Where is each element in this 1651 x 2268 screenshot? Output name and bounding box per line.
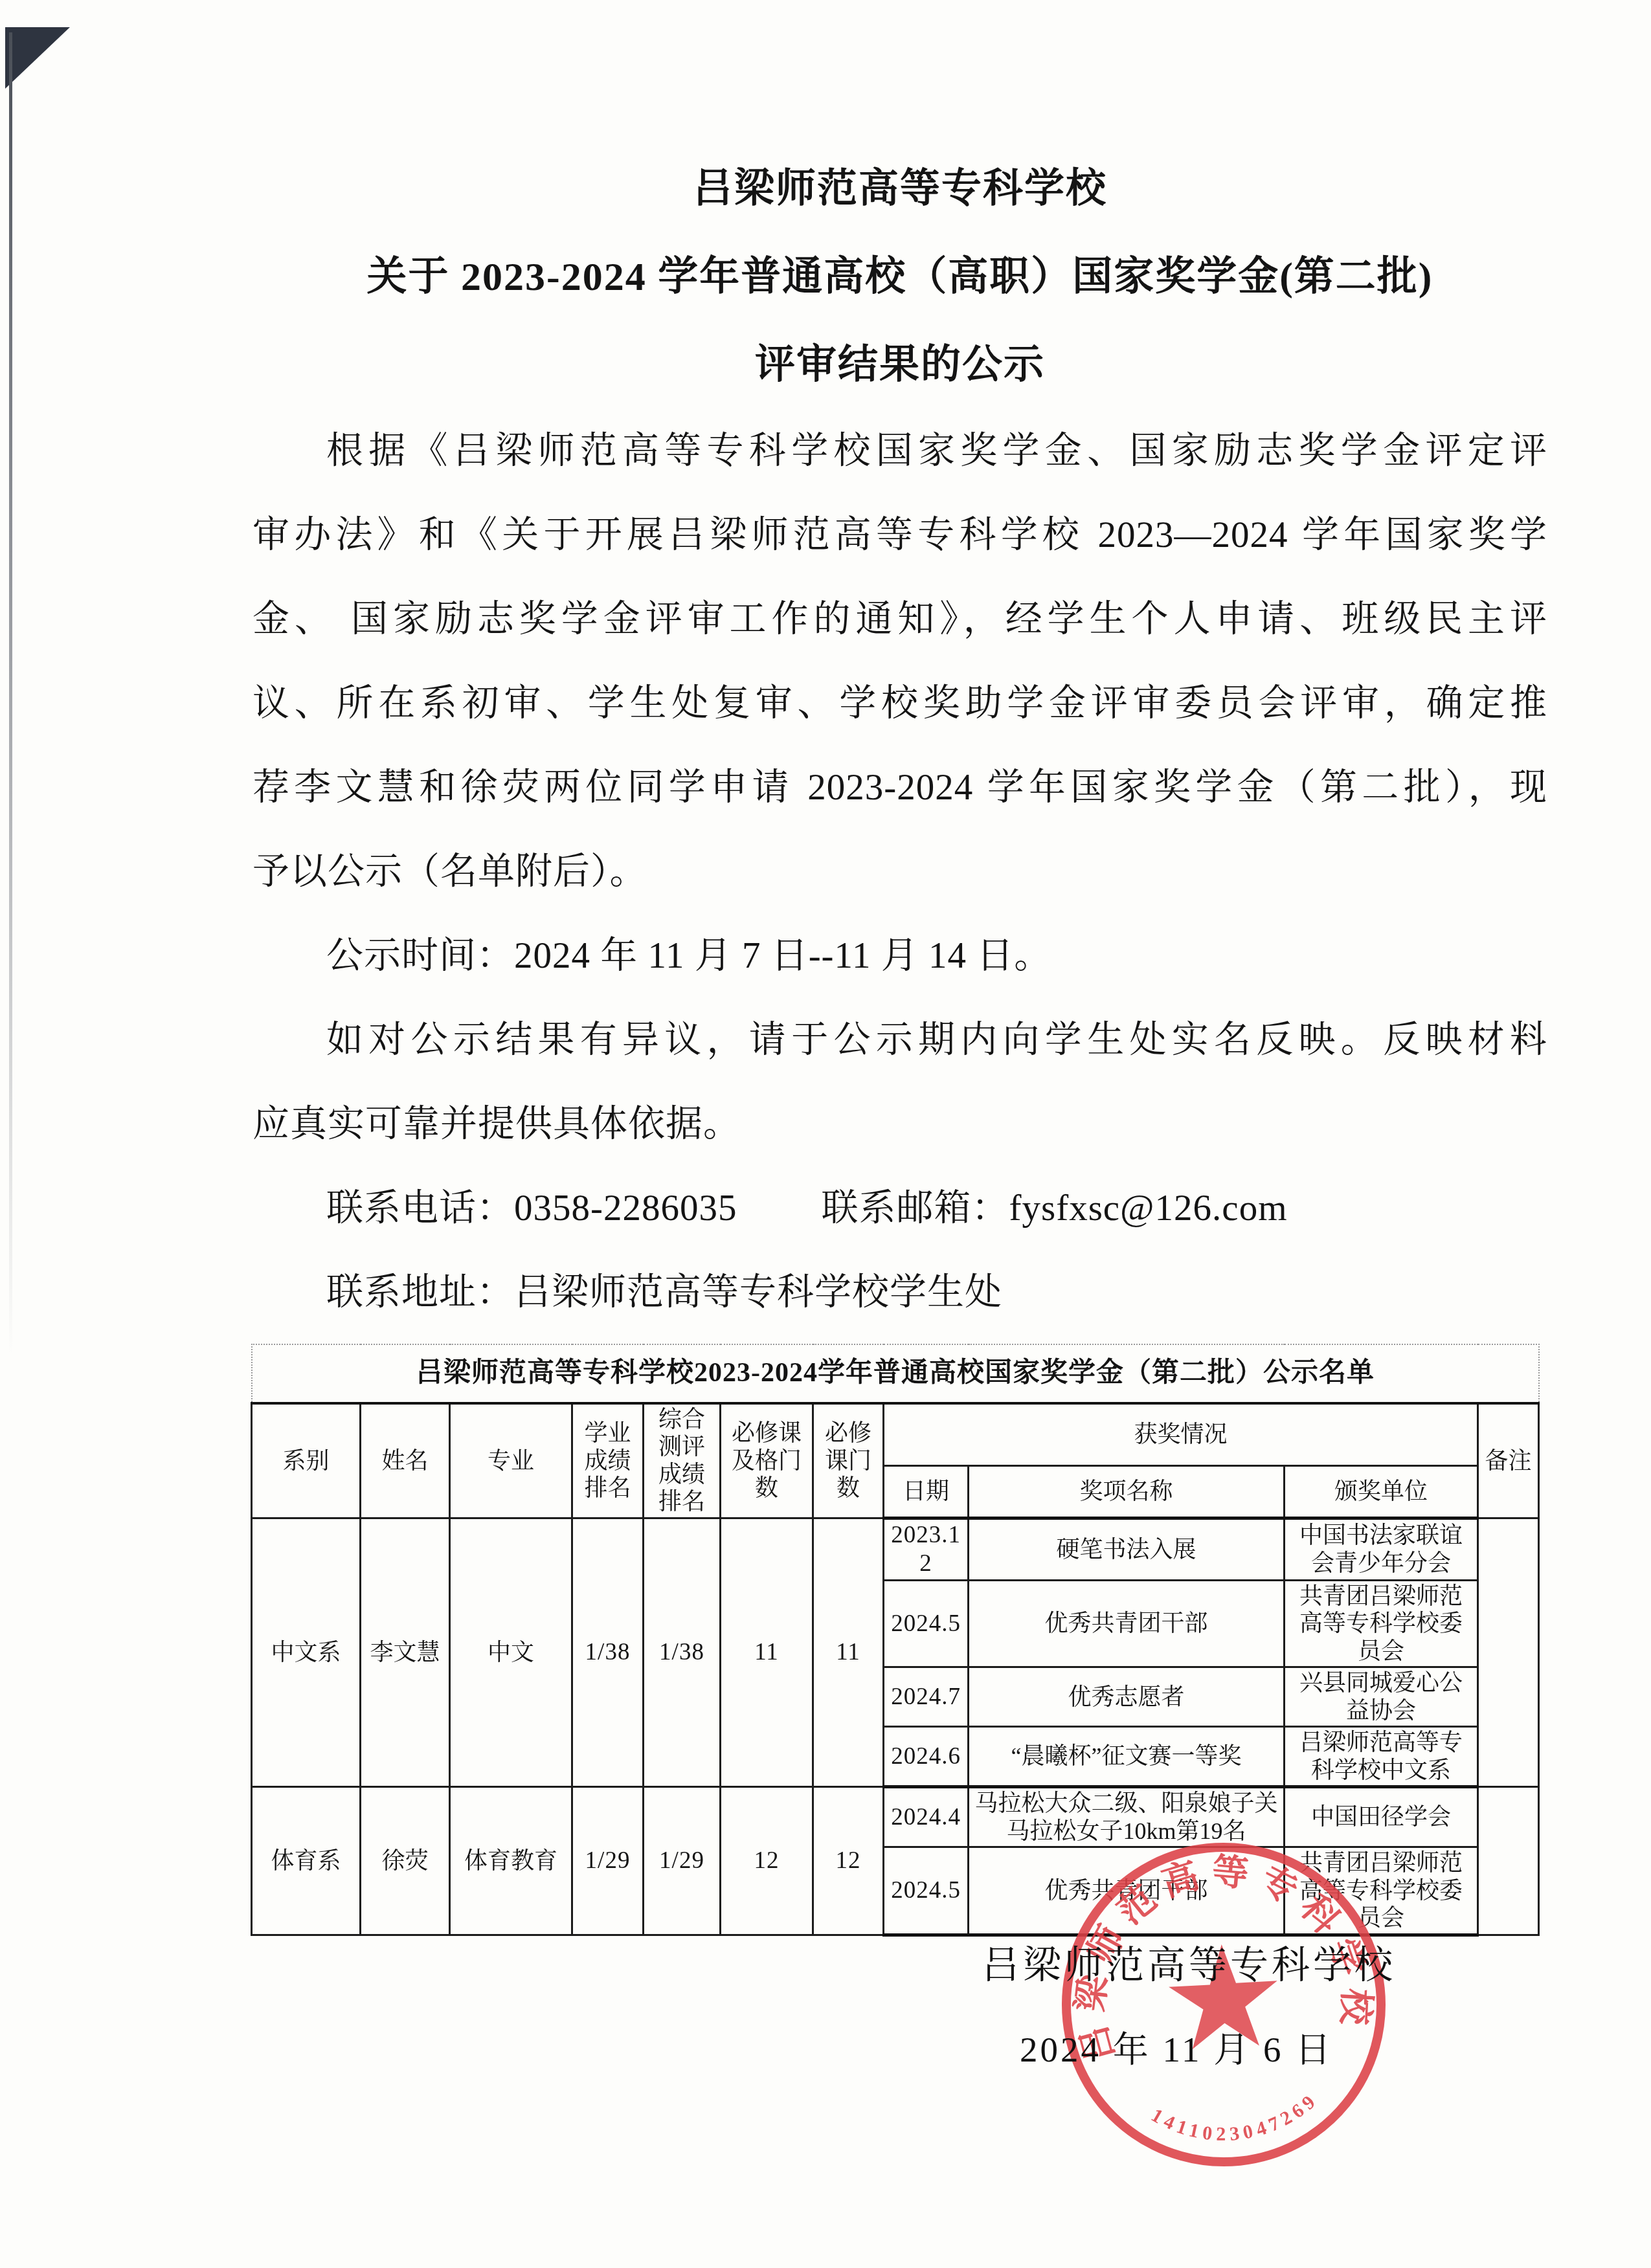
cell-award-date: 2024.7	[884, 1667, 969, 1727]
contact-gap	[737, 1166, 821, 1251]
cell-department: 中文系	[252, 1518, 361, 1786]
cell-department: 体育系	[252, 1787, 361, 1935]
cell-name: 李文慧	[361, 1518, 450, 1786]
cell-major: 中文	[450, 1518, 572, 1786]
cell-note	[1478, 1518, 1539, 1786]
document-body: 吕梁师范高等专科学校 关于 2023-2024 学年普通高校（高职）国家奖学金(…	[253, 145, 1547, 1335]
doc-title-line-2: 关于 2023-2024 学年普通高校（高职）国家奖学金(第二批)	[253, 233, 1547, 321]
cell-academic-rank: 1/38	[572, 1518, 644, 1786]
doc-title-line-3: 评审结果的公示	[253, 321, 1547, 409]
body-line: 议、所在系初审、学生处复审、学校奖助学金评审委员会评审，确定推	[253, 661, 1547, 746]
cell-required-passed: 11	[721, 1518, 813, 1786]
col-header-award-name: 奖项名称	[969, 1465, 1285, 1518]
scan-edge-line-artifact	[9, 32, 12, 1424]
body-line: 予以公示（名单附后）。	[253, 830, 1547, 914]
cell-award-date: 2023.12	[884, 1518, 969, 1580]
col-header-note: 备注	[1478, 1403, 1539, 1518]
cell-award-date: 2024.4	[884, 1787, 969, 1847]
cell-award-issuer: 中国书法家联谊会青少年分会	[1285, 1518, 1478, 1580]
cell-note	[1478, 1787, 1539, 1935]
cell-award-date: 2024.6	[884, 1727, 969, 1787]
cell-comprehensive-rank: 1/38	[644, 1518, 721, 1786]
seal-group: 吕梁师范高等专科学校 1411023047269	[1051, 1832, 1397, 2177]
cell-comprehensive-rank: 1/29	[644, 1787, 721, 1935]
col-header-awards-group: 获奖情况	[884, 1403, 1478, 1465]
official-seal: 吕梁师范高等专科学校 1411023047269	[1042, 1823, 1405, 2186]
col-header-required-total: 必修课门数	[813, 1403, 884, 1518]
cell-award-date: 2024.5	[884, 1847, 969, 1935]
cell-award-issuer: 兴县同城爱心公益协会	[1285, 1667, 1478, 1727]
body-line: 荐李文慧和徐荧两位同学申请 2023-2024 学年国家奖学金（第二批），现	[253, 746, 1547, 830]
cell-award-name: 硬笔书法入展	[969, 1518, 1285, 1580]
col-header-academic-rank: 学业成绩排名	[572, 1403, 644, 1518]
doc-title-line-1: 吕梁师范高等专科学校	[253, 145, 1547, 233]
cell-major: 体育教育	[450, 1787, 572, 1935]
cell-award-issuer: 吕梁师范高等专科学校中文系	[1285, 1727, 1478, 1787]
body-line: 如对公示结果有异议，请于公示期内向学生处实名反映。反映材料	[253, 998, 1547, 1082]
body-line: 审办法》和《关于开展吕梁师范高等专科学校 2023—2024 学年国家奖学	[253, 493, 1547, 577]
col-header-department: 系别	[252, 1403, 361, 1518]
signature-org: 吕梁师范高等专科学校	[982, 1934, 1396, 1989]
contact-email: 联系邮箱：fysfxsc@126.com	[821, 1166, 1287, 1251]
body-line: 根据《吕梁师范高等专科学校国家奖学金、国家励志奖学金评定评	[253, 409, 1547, 493]
col-header-issuer: 颁奖单位	[1285, 1465, 1478, 1518]
table-row: 中文系 李文慧 中文 1/38 1/38 11 11 2023.12 硬笔书法入…	[252, 1518, 1539, 1580]
cell-award-name: 优秀共青团干部	[969, 1580, 1285, 1667]
col-header-comprehensive-rank: 综合测评成绩排名	[644, 1403, 721, 1518]
cell-academic-rank: 1/29	[572, 1787, 644, 1935]
cell-award-date: 2024.5	[884, 1580, 969, 1667]
cell-required-passed: 12	[721, 1787, 813, 1935]
paragraph-block: 根据《吕梁师范高等专科学校国家奖学金、国家励志奖学金评定评 审办法》和《关于开展…	[253, 409, 1547, 1335]
cell-required-total: 12	[813, 1787, 884, 1935]
contact-address-line: 联系地址：吕梁师范高等专科学校学生处	[253, 1251, 1547, 1335]
contact-line: 联系电话：0358-2286035 联系邮箱：fysfxsc@126.com	[253, 1166, 1547, 1251]
col-header-name: 姓名	[361, 1403, 450, 1518]
signature-date: 2024 年 11 月 6 日	[1020, 2021, 1343, 2072]
cell-award-issuer: 共青团吕梁师范高等专科学校委员会	[1285, 1580, 1478, 1667]
table-header-row-1: 系别 姓名 专业 学业成绩排名 综合测评成绩排名 必修课及格门数 必修课门数 获…	[252, 1403, 1539, 1465]
col-header-date: 日期	[884, 1465, 969, 1518]
cell-required-total: 11	[813, 1518, 884, 1786]
table-title: 吕梁师范高等专科学校2023-2024学年普通高校国家奖学金（第二批）公示名单	[252, 1344, 1539, 1403]
page-corner-fold-artifact	[5, 27, 70, 89]
publicity-period-line: 公示时间：2024 年 11 月 7 日--11 月 14 日。	[253, 914, 1547, 998]
body-line: 应真实可靠并提供具体依据。	[253, 1082, 1547, 1166]
cell-name: 徐荧	[361, 1787, 450, 1935]
body-line: 金、 国家励志奖学金评审工作的通知》，经学生个人申请、班级民主评	[253, 577, 1547, 661]
cell-award-name: 优秀志愿者	[969, 1667, 1285, 1727]
cell-award-name: “晨曦杯”征文赛一等奖	[969, 1727, 1285, 1787]
col-header-required-passed: 必修课及格门数	[721, 1403, 813, 1518]
table-title-row: 吕梁师范高等专科学校2023-2024学年普通高校国家奖学金（第二批）公示名单	[252, 1344, 1539, 1403]
col-header-major: 专业	[450, 1403, 572, 1518]
contact-phone: 联系电话：0358-2286035	[326, 1166, 737, 1251]
scanned-document-page: 吕梁师范高等专科学校 关于 2023-2024 学年普通高校（高职）国家奖学金(…	[0, 0, 1651, 2268]
